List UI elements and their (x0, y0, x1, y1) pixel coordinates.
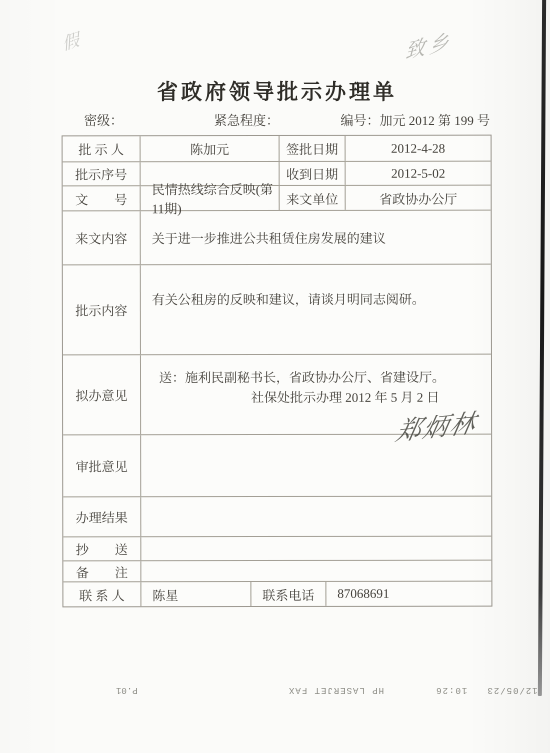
copy-to-value (141, 537, 491, 561)
proposed-opinion-label: 拟办意见 (63, 355, 141, 434)
handwritten-mark-top-left: 假 (60, 26, 79, 55)
remarks-value (141, 561, 491, 582)
contact-label: 联 系 人 (63, 582, 141, 606)
incoming-content-value: 关于进一步推进公共租赁住房发展的建议 (141, 211, 491, 265)
instructor-value: 陈加元 (141, 136, 280, 161)
instruction-content-label: 批示内容 (63, 265, 141, 354)
table-row-contact: 联 系 人 陈星 联系电话 87068691 (63, 582, 491, 607)
document-number: 编号：加元 2012 第 199 号 (340, 110, 490, 129)
handwritten-mark-top-right: 致乡 (405, 25, 453, 65)
incoming-content-label: 来文内容 (63, 211, 141, 264)
received-date-label: 收到日期 (280, 162, 346, 185)
copy-to-label: 抄 送 (63, 537, 141, 560)
contact-phone-label: 联系电话 (251, 582, 326, 606)
secrecy-label: 密级： (84, 110, 123, 129)
table-row-doc-no: 文 号 民情热线综合反映(第11期) 来文单位 省政协办公厅 (63, 186, 491, 212)
instructor-label: 批 示 人 (63, 136, 141, 161)
number-value: 加元 2012 第 199 号 (379, 113, 490, 128)
proposed-opinion-line2: 社保处批示办理 2012 年 5 月 2 日 (159, 388, 440, 409)
number-label: 编号： (340, 113, 379, 128)
serial-label: 批示序号 (63, 162, 141, 185)
approval-opinion-label: 审批意见 (63, 435, 141, 496)
sign-date-label: 签批日期 (280, 136, 346, 161)
scan-edge-shadow (538, 0, 546, 696)
contact-value: 陈星 (141, 582, 251, 606)
fax-page-number: P.01 (116, 685, 138, 695)
fax-footer: P.01 12/05/23 10:26 HP LASERJET FAX (0, 683, 550, 699)
table-row-instruction-content: 批示内容 有关公租房的反映和建议，请谈月明同志阅研。 (63, 265, 491, 356)
table-row-result: 办理结果 (63, 497, 491, 538)
table-row-incoming-content: 来文内容 关于进一步推进公共租赁住房发展的建议 (63, 211, 491, 266)
proposed-opinion-value: 送：施利民副秘书长，省政协办公厅、省建设厅。 社保处批示办理 2012 年 5 … (141, 355, 491, 435)
source-unit-value: 省政协办公厅 (346, 186, 491, 210)
table-row-instructor: 批 示 人 陈加元 签批日期 2012-4-28 (63, 136, 491, 163)
page-title: 省政府领导批示办理单 (62, 76, 492, 106)
instruction-content-value: 有关公租房的反映和建议，请谈月明同志阅研。 (141, 265, 491, 355)
table-row-proposed-opinion: 拟办意见 送：施利民副秘书长，省政协办公厅、省建设厅。 社保处批示办理 2012… (63, 355, 491, 436)
contact-phone-value: 87068691 (326, 582, 491, 606)
source-unit-label: 来文单位 (280, 186, 346, 210)
result-label: 办理结果 (63, 497, 141, 536)
table-row-remarks: 备 注 (63, 561, 491, 583)
instruction-form-table: 批 示 人 陈加元 签批日期 2012-4-28 批示序号 收到日期 2012-… (62, 135, 493, 608)
doc-no-label: 文 号 (63, 186, 141, 210)
urgency-label: 紧急程度： (214, 110, 279, 129)
fax-header-text: 12/05/23 10:26 HP LASERJET FAX (288, 685, 538, 695)
sign-date-value: 2012-4-28 (346, 136, 491, 161)
doc-no-value: 民情热线综合反映(第11期) (141, 186, 280, 210)
result-value (141, 497, 491, 537)
meta-row: 密级： 紧急程度： 编号：加元 2012 第 199 号 (62, 110, 492, 128)
proposed-opinion-line1: 送：施利民副秘书长，省政协办公厅、省建设厅。 (159, 368, 445, 389)
remarks-label: 备 注 (63, 561, 141, 581)
received-date-value: 2012-5-02 (346, 162, 491, 185)
scanned-page: 假 致乡 省政府领导批示办理单 密级： 紧急程度： 编号：加元 2012 第 1… (0, 0, 550, 753)
table-row-copy-to: 抄 送 (63, 537, 491, 562)
